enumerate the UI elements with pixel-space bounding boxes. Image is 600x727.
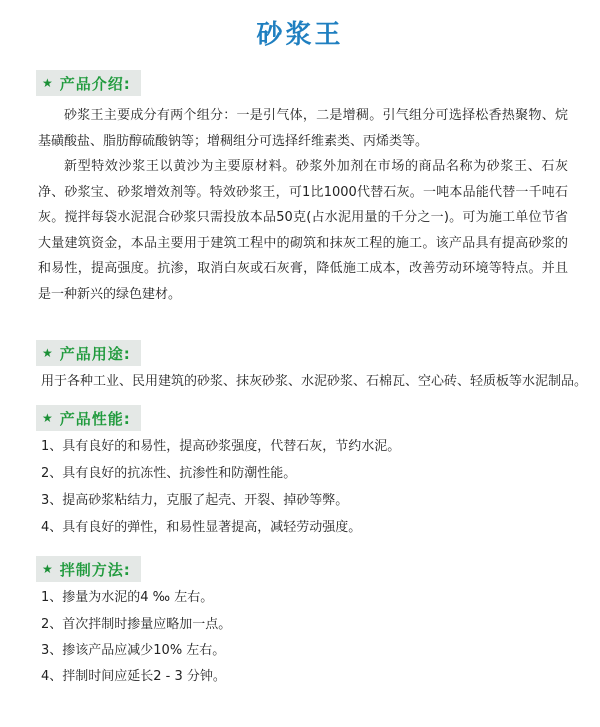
section-header-intro: ★ 产品介绍: bbox=[36, 70, 141, 96]
list-item: 2、具有良好的抗冻性、抗渗性和防潮性能。 bbox=[41, 465, 296, 483]
list-item: 1、具有良好的和易性，提高砂浆强度，代替石灰，节约水泥。 bbox=[41, 438, 400, 456]
list-item: 1、掺量为水泥的4 ‰ 左右。 bbox=[41, 589, 213, 607]
section-heading: 拌制方法: bbox=[60, 559, 131, 580]
star-icon: ★ bbox=[42, 346, 54, 360]
section-heading: 产品介绍: bbox=[60, 73, 131, 94]
list-item: 4、具有良好的弹性，和易性显著提高，减轻劳动强度。 bbox=[41, 519, 361, 537]
page-title: 砂浆王 bbox=[0, 18, 600, 52]
star-icon: ★ bbox=[42, 562, 54, 576]
star-icon: ★ bbox=[42, 76, 54, 90]
section-header-performance: ★ 产品性能: bbox=[36, 405, 141, 431]
section-header-usage: ★ 产品用途: bbox=[36, 340, 141, 366]
section-heading: 产品用途: bbox=[60, 343, 131, 364]
list-item: 3、掺该产品应减少10% 左右。 bbox=[41, 642, 225, 660]
intro-paragraph-1: 砂浆王主要成分有两个组分：一是引气体，二是增稠。引气组分可选择松香热聚物、烷基磺… bbox=[38, 103, 568, 154]
section-header-method: ★ 拌制方法: bbox=[36, 556, 141, 582]
star-icon: ★ bbox=[42, 411, 54, 425]
list-item: 2、首次拌制时掺量应略加一点。 bbox=[41, 616, 231, 634]
list-item: 3、提高砂浆粘结力，克服了起壳、开裂、掉砂等弊。 bbox=[41, 492, 348, 510]
usage-text: 用于各种工业、民用建筑的砂浆、抹灰砂浆、水泥砂浆、石棉瓦、空心砖、轻质板等水泥制… bbox=[41, 373, 587, 391]
intro-paragraph-2: 新型特效沙浆王以黄沙为主要原材料。砂浆外加剂在市场的商品名称为砂浆王、石灰净、砂… bbox=[38, 154, 568, 307]
section-heading: 产品性能: bbox=[60, 408, 131, 429]
list-item: 4、拌制时间应延长2 - 3 分钟。 bbox=[41, 668, 226, 686]
